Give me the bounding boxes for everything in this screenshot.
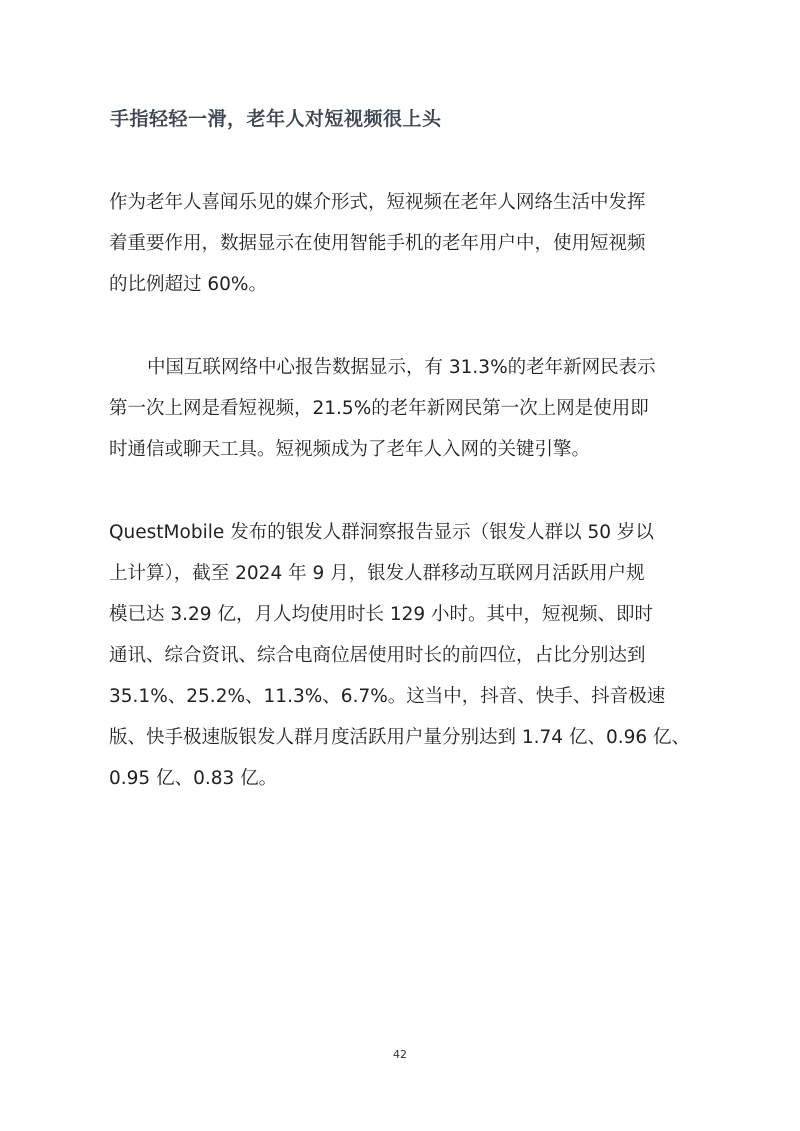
- paragraph-line: 通讯、综合资讯、综合电商位居使用时长的前四位，占比分别达到: [109, 635, 709, 676]
- paragraph-line: 着重要作用，数据显示在使用智能手机的老年用户中，使用短视频: [109, 223, 709, 264]
- page-number: 42: [0, 1048, 800, 1061]
- paragraph-line: 版、快手极速版银发人群月度活跃用户量分别达到 1.74 亿、0.96 亿、: [109, 717, 709, 758]
- document-page: 手指轻轻一滑，老年人对短视频很上头 作为老年人喜闻乐见的媒介形式，短视频在老年人…: [0, 0, 800, 1131]
- paragraph-line: 时通信或聊天工具。短视频成为了老年人入网的关键引擎。: [109, 429, 709, 470]
- paragraph-line: 作为老年人喜闻乐见的媒介形式，短视频在老年人网络生活中发挥: [109, 182, 709, 223]
- paragraph-line: 35.1%、25.2%、11.3%、6.7%。这当中，抖音、快手、抖音极速: [109, 676, 709, 717]
- paragraph-line: 0.95 亿、0.83 亿。: [109, 758, 709, 799]
- paragraph-line: 中国互联网络中心报告数据显示，有 31.3%的老年新网民表示: [109, 347, 709, 388]
- paragraph-line: 模已达 3.29 亿，月人均使用时长 129 小时。其中，短视频、即时: [109, 594, 709, 635]
- paragraph-line: QuestMobile 发布的银发人群洞察报告显示（银发人群以 50 岁以: [109, 512, 709, 553]
- section-heading: 手指轻轻一滑，老年人对短视频很上头: [110, 104, 442, 131]
- paragraph-2: 中国互联网络中心报告数据显示，有 31.3%的老年新网民表示 第一次上网是看短视…: [109, 347, 709, 470]
- paragraph-line: 的比例超过 60%。: [109, 264, 709, 305]
- paragraph-3: QuestMobile 发布的银发人群洞察报告显示（银发人群以 50 岁以 上计…: [109, 512, 709, 799]
- paragraph-line: 上计算），截至 2024 年 9 月，银发人群移动互联网月活跃用户规: [109, 553, 709, 594]
- paragraph-1: 作为老年人喜闻乐见的媒介形式，短视频在老年人网络生活中发挥 着重要作用，数据显示…: [109, 182, 709, 305]
- paragraph-line: 第一次上网是看短视频，21.5%的老年新网民第一次上网是使用即: [109, 388, 709, 429]
